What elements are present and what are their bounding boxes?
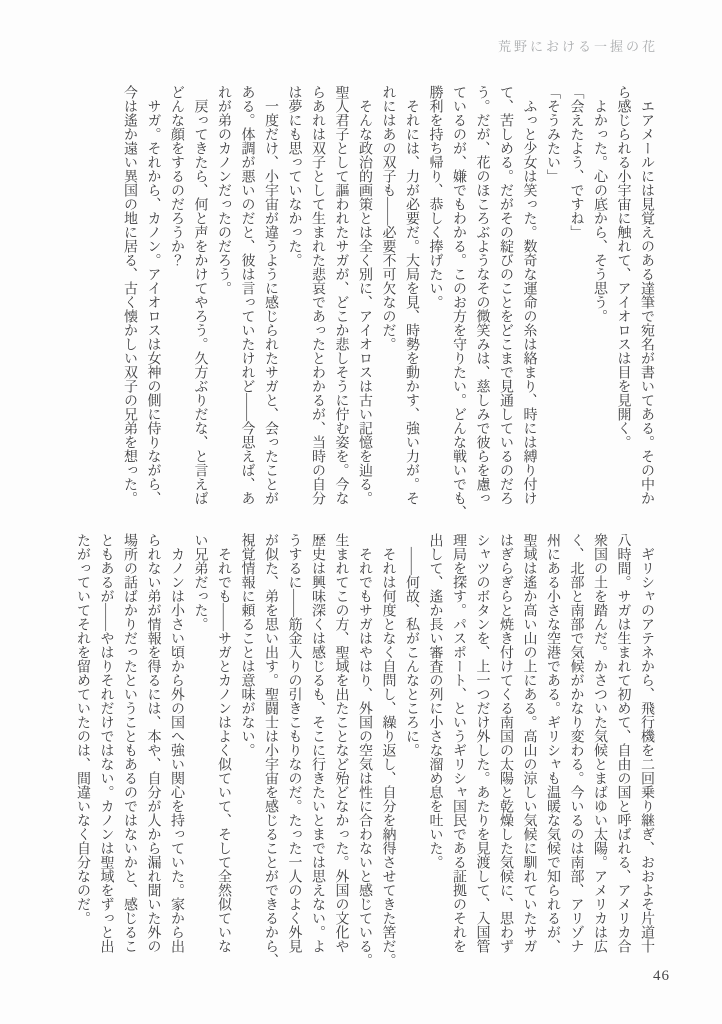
paragraph: 「そうみたい」 <box>541 85 565 505</box>
text-line: 「会えたよう、ですね」 <box>564 85 588 505</box>
paragraph: そんな政治的画策とは全く別に、アイオロスは古い記憶を辿る。聖人君子として謳われた… <box>282 85 376 505</box>
text-line: ているのが、嫌でもわかる。このお方を守りたい。どんな戦いでも、 <box>447 85 471 505</box>
text-line: 衆国の土を踏んだ。かさついた気候とまばゆい太陽。アメリカは広 <box>588 533 612 953</box>
text-line: 一度だけ、小宇宙が違うように感じられたサガと、会ったことが <box>259 85 283 505</box>
paragraph: それでも――サガとカノンはよく似ていて、そして全然似ていない兄弟だった。 <box>188 533 235 953</box>
text-line: はぎらぎらと焼き付けてくる南国の太陽と乾燥した気候に、思わず <box>494 533 518 953</box>
paragraph: それには、力が必要だ。大局を見、時勢を動かす、強い力が。それにはあの双子も――必… <box>376 85 423 505</box>
paragraph: ふっと少女は笑った。数奇な運命の糸は絡まり、時には縛り付けて、苦しめる。だがその… <box>423 85 541 505</box>
book-page: 荒野における一握の花 エアメールには見覚えのある達筆で宛名が書いてある。その中か… <box>0 0 722 1024</box>
paragraph: よかった。心の底から、そう思う。 <box>588 85 612 505</box>
text-line: れにはあの双子も――必要不可欠なのだ。 <box>376 85 400 505</box>
text-line: て、苦しめる。だがその綻びのことをどこまで見通しているのだろ <box>494 85 518 505</box>
text-line: が似た、弟を思い出す。聖闘士は小宇宙を感じることができるから、 <box>259 533 283 953</box>
text-line: 今は遙か遠い異国の地に居る、古く懐かしい双子の兄弟を想った。 <box>118 85 142 505</box>
text-line: 場所の話ばかりだったということもあるのではないかと、感じるこ <box>118 533 142 953</box>
text-line: 歴史は興味深くは感じるも、そこに行きたいとまでは思えない。よ <box>306 533 330 953</box>
text-line: シャツのボタンを、上一つだけ外した。あたりを見渡して、入国管 <box>470 533 494 953</box>
text-line: 視覚情報に頼ることは意味がない。 <box>235 533 259 953</box>
text-line: 八時間。サガは生まれて初めて、自由の国と呼ばれる、アメリカ合 <box>611 533 635 953</box>
text-section-top: エアメールには見覚えのある達筆で宛名が書いてある。その中から感じられる小宇宙に触… <box>118 85 659 505</box>
text-line: ――何故、私がこんなところに。 <box>400 533 424 953</box>
text-section-bottom: ギリシャのアテネから、飛行機を二回乗り継ぎ、おおよそ片道十八時間。サガは生まれて… <box>71 533 659 953</box>
paragraph: エアメールには見覚えのある達筆で宛名が書いてある。その中から感じられる小宇宙に触… <box>611 85 658 505</box>
paragraph: カノンは小さい頃から外の国へ強い関心を持っていた。家から出られない弟が情報を得る… <box>71 533 189 953</box>
text-line: ギリシャのアテネから、飛行機を二回乗り継ぎ、おおよそ片道十 <box>635 533 659 953</box>
text-line: カノンは小さい頃から外の国へ強い関心を持っていた。家から出 <box>165 533 189 953</box>
paragraph: それでもサガはやはり、外国の空気は性に合わないと感じている。生まれてこの方、聖域… <box>235 533 376 953</box>
text-line: 出して、遙か長い審査の列に小さな溜め息を吐いた。 <box>423 533 447 953</box>
paragraph: ――何故、私がこんなところに。 <box>400 533 424 953</box>
text-line: 理局を探す。パスポート、というギリシャ国民である証拠のそれを <box>447 533 471 953</box>
text-line: それでも――サガとカノンはよく似ていて、そして全然似ていな <box>212 533 236 953</box>
text-line: どんな顔をするのだろうか？ <box>165 85 189 505</box>
paragraph: それは何度となく自問し、繰り返し、自分を納得させてきた筈だ。 <box>376 533 400 953</box>
paragraph: 「会えたよう、ですね」 <box>564 85 588 505</box>
text-line: い兄弟だった。 <box>188 533 212 953</box>
paragraph: サガ。それから、カノン。アイオロスは女神の側に侍りながら、今は遙か遠い異国の地に… <box>118 85 165 505</box>
text-line: 州にある小さな空港である。ギリシャも温暖な気候で知られるが、 <box>541 533 565 953</box>
text-line: うするに――筋金入りの引きこもりなのだ。たった一人のよく外見 <box>282 533 306 953</box>
text-line: らあれは双子として生まれた悲哀であったとわかるが、当時の自分 <box>306 85 330 505</box>
text-line: 勝利を持ち帰り、恭しく捧げたい。 <box>423 85 447 505</box>
text-line: ら感じられる小宇宙に触れて、アイオロスは目を見開く。 <box>611 85 635 505</box>
paragraph: ギリシャのアテネから、飛行機を二回乗り継ぎ、おおよそ片道十八時間。サガは生まれて… <box>423 533 658 953</box>
text-line: う。だが、花のほころぶようなその微笑みは、慈しみで彼らを慮っ <box>470 85 494 505</box>
text-line: たがっていてそれを留めていたのは、間違いなく自分なのだ。 <box>71 533 95 953</box>
text-line: サガ。それから、カノン。アイオロスは女神の側に侍りながら、 <box>141 85 165 505</box>
text-line: エアメールには見覚えのある達筆で宛名が書いてある。その中か <box>635 85 659 505</box>
paragraph: 一度だけ、小宇宙が違うように感じられたサガと、会ったことがある。体調が悪いのだと… <box>212 85 283 505</box>
text-line: られない弟が情報を得るには、本や、自分が人から漏れ聞いた外の <box>141 533 165 953</box>
text-line: 聖域は遙か高い山の上にある。高山の涼しい気候に馴れていたサガ <box>517 533 541 953</box>
text-line: ある。体調が悪いのだと、彼は言っていたけれど――今思えば、あ <box>235 85 259 505</box>
text-line: それでもサガはやはり、外国の空気は性に合わないと感じている。 <box>353 533 377 953</box>
text-line: 戻ってきたら、何と声をかけてやろう。久方ぶりだな、と言えば <box>188 85 212 505</box>
text-line: れが弟のカノンだったのだろう。 <box>212 85 236 505</box>
text-line: それは何度となく自問し、繰り返し、自分を納得させてきた筈だ。 <box>376 533 400 953</box>
text-line: ふっと少女は笑った。数奇な運命の糸は絡まり、時には縛り付け <box>517 85 541 505</box>
running-header-title: 荒野における一握の花 <box>498 36 658 55</box>
text-line: ともあるが――やはりそれだけではない。カノンは聖域をずっと出 <box>94 533 118 953</box>
text-line: 「そうみたい」 <box>541 85 565 505</box>
text-line: そんな政治的画策とは全く別に、アイオロスは古い記憶を辿る。 <box>353 85 377 505</box>
text-line: は夢にも思っていなかった。 <box>282 85 306 505</box>
page-number: 46 <box>653 968 670 985</box>
text-line: よかった。心の底から、そう思う。 <box>588 85 612 505</box>
text-line: それには、力が必要だ。大局を見、時勢を動かす、強い力が。そ <box>400 85 424 505</box>
paragraph: 戻ってきたら、何と声をかけてやろう。久方ぶりだな、と言えばどんな顔をするのだろう… <box>165 85 212 505</box>
text-line: 聖人君子として謳われたサガが、どこか悲しそうに佇む姿を。今な <box>329 85 353 505</box>
text-line: 生まれてこの方、聖域を出たことなど殆どなかった。外国の文化や <box>329 533 353 953</box>
text-line: く、北部と南部で気候がかなり変わる。今いるのは南部、アリゾナ <box>564 533 588 953</box>
